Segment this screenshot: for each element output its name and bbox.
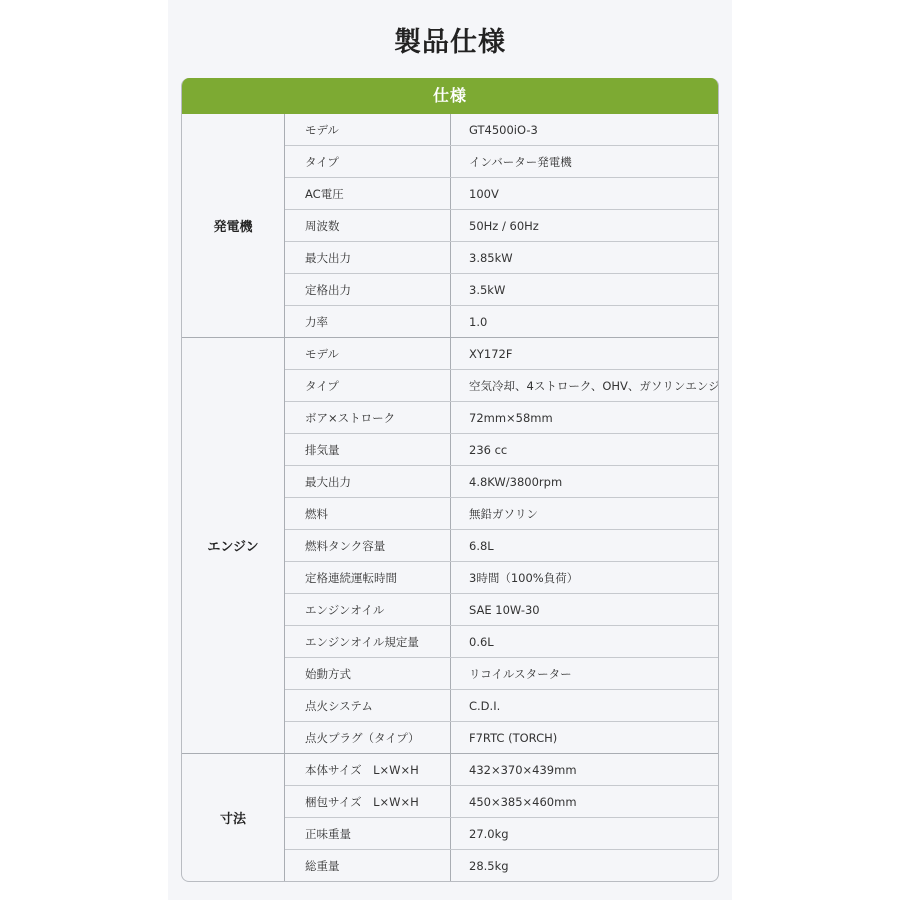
table-row: 燃料タンク容量6.8L [285,529,719,561]
spec-key: 最大出力 [285,466,451,497]
table-row: 点火プラグ（タイプ）F7RTC (TORCH) [285,721,719,753]
spec-value: SAE 10W-30 [451,594,719,625]
table-row: 周波数50Hz / 60Hz [285,209,718,241]
page-title: 製品仕様 [168,20,732,59]
spec-group: エンジンモデルXY172Fタイプ空気冷却、4ストローク、OHV、ガソリンエンジン… [182,337,718,753]
table-row: 排気量236 cc [285,433,719,465]
table-row: AC電圧100V [285,177,718,209]
spec-group: 発電機モデルGT4500iO-3タイプインバーター発電機AC電圧100V周波数5… [182,114,718,337]
table-row: 点火システムC.D.I. [285,689,719,721]
group-rows: 本体サイズ L×W×H432×370×439mm梱包サイズ L×W×H450×3… [285,754,718,881]
spec-value: 6.8L [451,530,719,561]
group-rows: モデルGT4500iO-3タイプインバーター発電機AC電圧100V周波数50Hz… [285,114,718,337]
spec-value: リコイルスターター [451,658,719,689]
table-row: エンジンオイル規定量0.6L [285,625,719,657]
table-row: モデルGT4500iO-3 [285,114,718,145]
spec-key: タイプ [285,370,451,401]
table-row: 正味重量27.0kg [285,817,718,849]
spec-key: 定格連続運転時間 [285,562,451,593]
table-row: 最大出力3.85kW [285,241,718,273]
spec-key: 本体サイズ L×W×H [285,754,451,785]
spec-key: 最大出力 [285,242,451,273]
spec-value: 236 cc [451,434,719,465]
group-rows: モデルXY172Fタイプ空気冷却、4ストローク、OHV、ガソリンエンジンボア×ス… [285,338,719,753]
spec-panel: 製品仕様 仕様 発電機モデルGT4500iO-3タイプインバーター発電機AC電圧… [168,0,732,900]
table-row: 梱包サイズ L×W×H450×385×460mm [285,785,718,817]
spec-value: インバーター発電機 [451,146,718,177]
spec-table: 仕様 発電機モデルGT4500iO-3タイプインバーター発電機AC電圧100V周… [181,78,719,882]
spec-key: 正味重量 [285,818,451,849]
spec-value: 72mm×58mm [451,402,719,433]
group-label: 発電機 [182,114,285,337]
spec-value: GT4500iO-3 [451,114,718,145]
spec-key: 排気量 [285,434,451,465]
spec-value: 3時間（100%負荷） [451,562,719,593]
spec-value: F7RTC (TORCH) [451,722,719,753]
table-row: 定格出力3.5kW [285,273,718,305]
spec-key: ボア×ストローク [285,402,451,433]
table-row: 本体サイズ L×W×H432×370×439mm [285,754,718,785]
table-row: エンジンオイルSAE 10W-30 [285,593,719,625]
spec-key: エンジンオイル [285,594,451,625]
spec-key: AC電圧 [285,178,451,209]
spec-key: 始動方式 [285,658,451,689]
spec-key: 力率 [285,306,451,337]
table-row: 定格連続運転時間3時間（100%負荷） [285,561,719,593]
table-row: タイプ空気冷却、4ストローク、OHV、ガソリンエンジン [285,369,719,401]
spec-group: 寸法本体サイズ L×W×H432×370×439mm梱包サイズ L×W×H450… [182,753,718,881]
spec-key: モデル [285,338,451,369]
spec-value: 100V [451,178,718,209]
table-row: 始動方式リコイルスターター [285,657,719,689]
spec-value: 4.8KW/3800rpm [451,466,719,497]
spec-value: 450×385×460mm [451,786,718,817]
table-row: 力率1.0 [285,305,718,337]
table-row: ボア×ストローク72mm×58mm [285,401,719,433]
spec-value: 無鉛ガソリン [451,498,719,529]
spec-value: 1.0 [451,306,718,337]
table-row: 総重量28.5kg [285,849,718,881]
table-row: 最大出力4.8KW/3800rpm [285,465,719,497]
spec-value: XY172F [451,338,719,369]
spec-value: 空気冷却、4ストローク、OHV、ガソリンエンジン [451,370,719,401]
spec-key: 定格出力 [285,274,451,305]
table-row: タイプインバーター発電機 [285,145,718,177]
spec-value: 432×370×439mm [451,754,718,785]
table-row: 燃料無鉛ガソリン [285,497,719,529]
spec-key: 点火プラグ（タイプ） [285,722,451,753]
spec-groups: 発電機モデルGT4500iO-3タイプインバーター発電機AC電圧100V周波数5… [182,114,718,881]
spec-key: 点火システム [285,690,451,721]
spec-key: 燃料タンク容量 [285,530,451,561]
spec-key: 周波数 [285,210,451,241]
spec-value: 50Hz / 60Hz [451,210,718,241]
spec-key: 梱包サイズ L×W×H [285,786,451,817]
spec-value: 27.0kg [451,818,718,849]
table-row: モデルXY172F [285,338,719,369]
spec-key: 燃料 [285,498,451,529]
spec-value: C.D.I. [451,690,719,721]
group-label: エンジン [182,338,285,753]
table-header: 仕様 [182,78,718,114]
spec-key: モデル [285,114,451,145]
spec-key: 総重量 [285,850,451,881]
spec-key: タイプ [285,146,451,177]
spec-value: 28.5kg [451,850,718,881]
spec-value: 3.85kW [451,242,718,273]
spec-value: 0.6L [451,626,719,657]
spec-value: 3.5kW [451,274,718,305]
group-label: 寸法 [182,754,285,881]
spec-key: エンジンオイル規定量 [285,626,451,657]
